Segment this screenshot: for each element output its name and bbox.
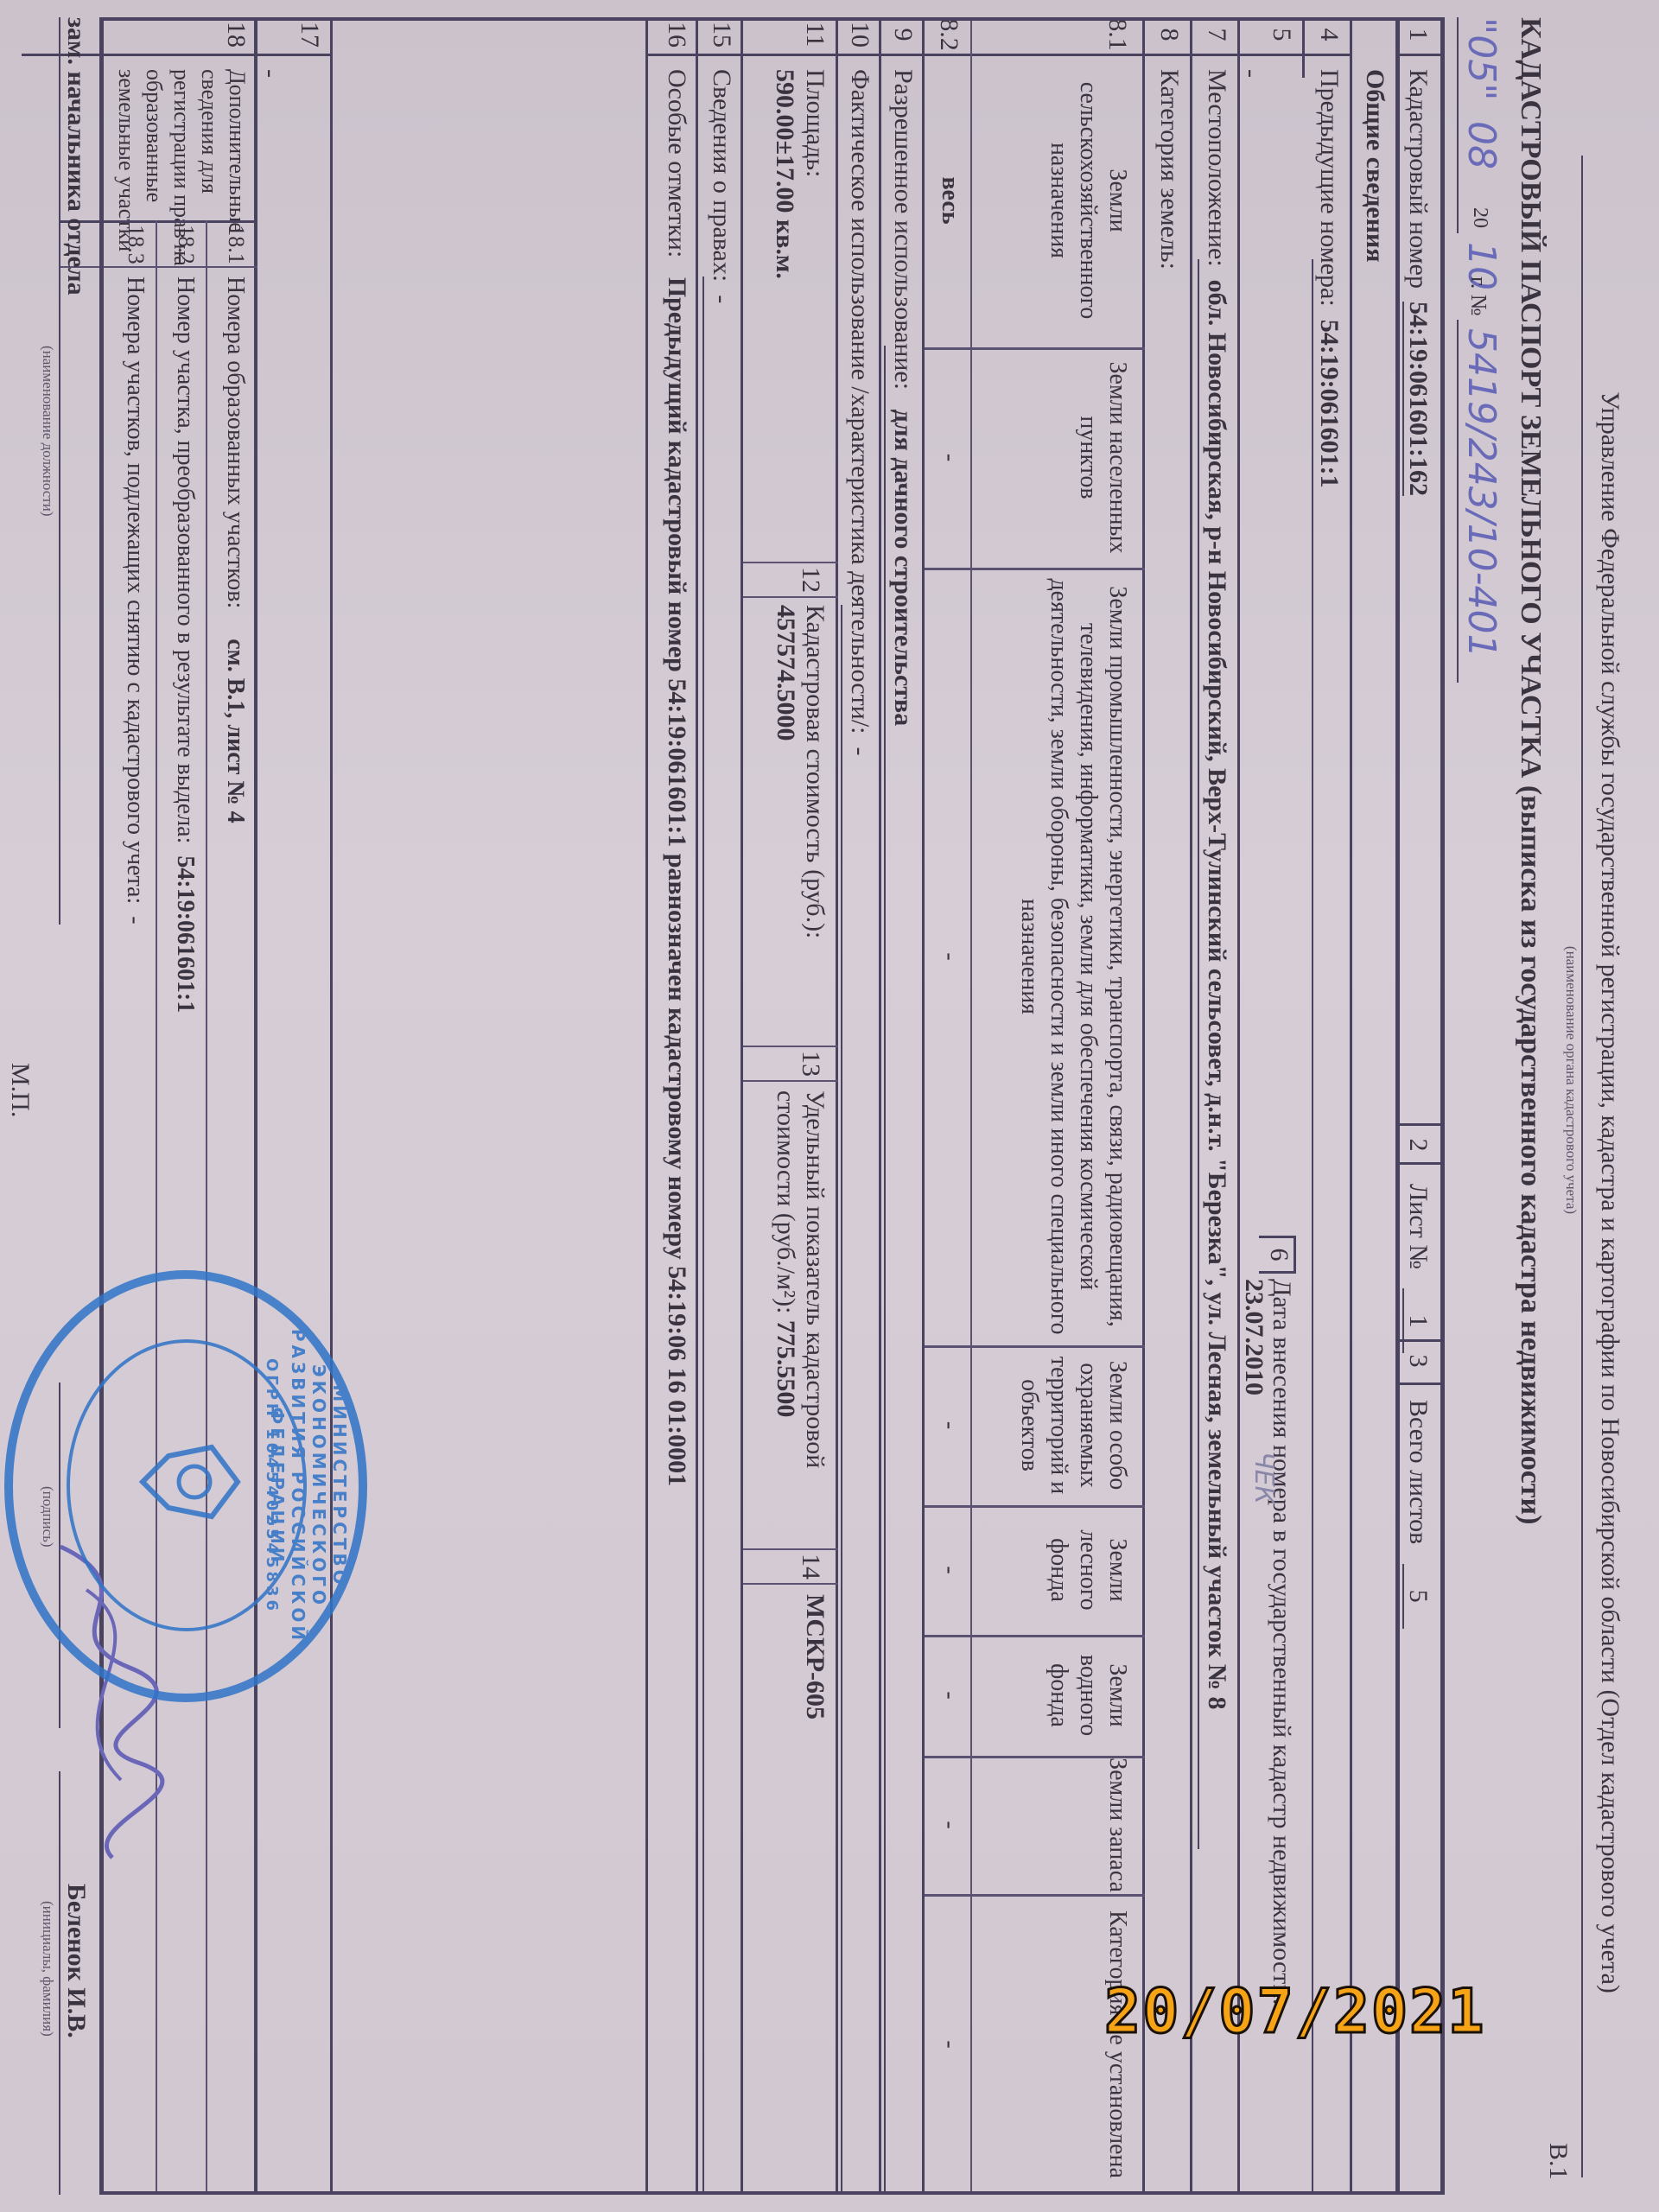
field-specific-value: Удельный показатель кадастровой стоимост… — [771, 1090, 829, 1505]
issue-number-label: г. № — [1465, 276, 1491, 316]
official-stamp: МИНИСТЕРСТВО ЭКОНОМИЧЕСКОГО РАЗВИТИЯ РОС… — [4, 1270, 367, 1702]
field-18-2: Номер участка, преобразованного в резуль… — [171, 276, 199, 1013]
field-permitted-use: Разрешенное использование: для дачного с… — [888, 69, 918, 726]
cadastral-passport-page: Управление Федеральной службы государств… — [0, 0, 1659, 2212]
document-title: КАДАСТРОВЫЙ ПАСПОРТ ЗЕМЕЛЬНОГО УЧАСТКА (… — [1514, 17, 1547, 1524]
field-rights: Сведения о правах: - — [707, 69, 736, 303]
category-industrial: Земли промышленности, энергетики, трансп… — [1014, 568, 1132, 1345]
stamp-place: М.П. — [5, 1063, 35, 1117]
field-area-label: Площадь: — [800, 69, 829, 177]
issue-number: 5419/243/10-401 — [1459, 328, 1503, 658]
photo-timestamp: 20/07/2021 — [1104, 1976, 1485, 2047]
table-top-border — [1440, 17, 1445, 2195]
field-sheet-number: Лист № 1 — [1403, 1184, 1433, 1353]
cadastral-number-value: 54:19:061601:162 — [1402, 302, 1433, 496]
field-actual-use: Фактическое использование /характеристик… — [845, 69, 874, 755]
field-18-3: Номера участков, подлежащих снятию с кад… — [121, 276, 149, 925]
issue-date-line: "05" 08 20 10 г. № 5419/243/10-401 — [1452, 17, 1503, 1486]
field-cadastral-value: Кадастровая стоимость (руб.): 457574.500… — [771, 605, 829, 1037]
corner-mark: В.1 — [1543, 2143, 1573, 2180]
signer-name: Беленок И.В. — [61, 1884, 91, 2038]
field-5-value: - — [1236, 69, 1266, 78]
issue-day: "05" — [1459, 17, 1503, 101]
category-value-agricultural: весь — [936, 54, 963, 347]
field-total-sheets: Всего листов 5 — [1403, 1400, 1433, 1629]
issue-month: 08 — [1459, 121, 1503, 169]
field-special-notes: Особые отметки: Предыдущий кадастровый н… — [662, 69, 691, 1486]
issue-year-prefix: 20 — [1468, 207, 1491, 228]
stamp-inner-text: ОГРН 1045402545836 — [263, 1331, 281, 1642]
category-protected: Земли особо охраняемых территорий и объе… — [1014, 1345, 1132, 1505]
position-caption: (наименование должности) — [39, 346, 56, 517]
name-caption: (инициалы, фамилия) — [39, 1901, 56, 2037]
category-forest: Земли лесного фонда — [1044, 1505, 1132, 1635]
field-17-value: - — [256, 69, 285, 78]
category-water: Земли водного фонда — [1044, 1635, 1132, 1756]
coat-of-arms-icon — [134, 1430, 246, 1534]
title-suffix: (выписка из государственного кадастра не… — [1515, 785, 1547, 1524]
title-main: КАДАСТРОВЫЙ ПАСПОРТ ЗЕМЕЛЬНОГО УЧАСТКА — [1515, 17, 1547, 778]
authority-underline — [1581, 156, 1583, 2177]
authority-name: Управление Федеральной службы государств… — [1595, 372, 1624, 2013]
field-location: Местоположение: обл. Новосибирская, р-н … — [1202, 69, 1231, 1710]
field-registration-date-value: 23.07.2010 — [1239, 1279, 1268, 1395]
category-settlements: Земли населенных пунктов — [1073, 347, 1132, 568]
handwritten-note: ЧЕК — [1249, 1452, 1279, 1504]
field-previous-numbers: Предыдущие номера: 54:19:061601:1 — [1314, 69, 1344, 488]
signer-position: зам. начальника отдела — [61, 17, 91, 296]
field-14-value: МСКР-605 — [800, 1594, 829, 1719]
general-info-heading: Общие сведения — [1360, 69, 1389, 263]
category-agricultural: Земли сельскохозяйственного назначения — [1044, 54, 1132, 347]
category-reserve: Земли запаса — [1103, 1756, 1132, 1894]
field-registration-date-label: Дата внесения номера в государственный к… — [1267, 1279, 1296, 2005]
field-area-value: 590.00±17.00 кв.м. — [770, 69, 799, 279]
field-land-category: Категория земель: — [1154, 69, 1184, 270]
field-18-1: Номера образованных участков: см. В.1, л… — [221, 276, 249, 823]
table-bottom-border — [99, 17, 104, 2195]
field-cadastral-number: Кадастровый номер 54:19:061601:162 — [1403, 69, 1433, 496]
authority-caption: (наименование органа кадастрового учета) — [1562, 864, 1580, 1296]
